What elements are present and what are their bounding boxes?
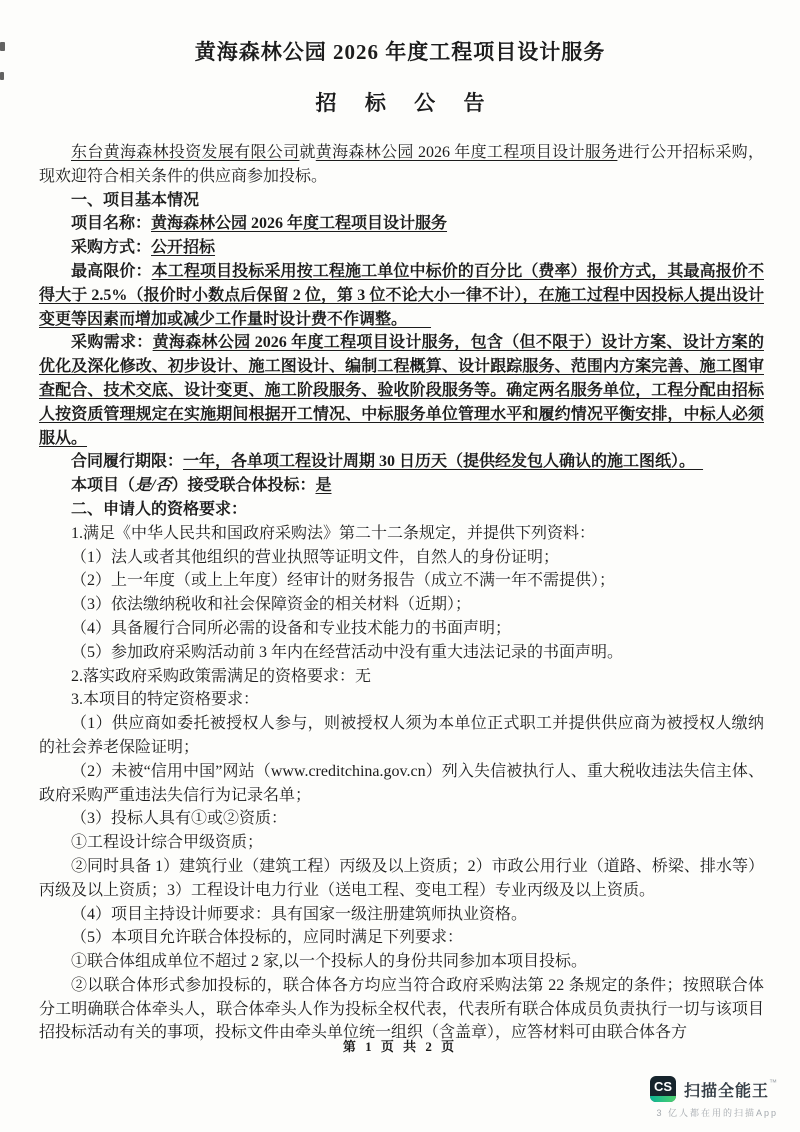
paragraph: 1.满足《中华人民共和国政府采购法》第二十二条规定，并提供下列资料： <box>39 522 764 546</box>
paragraph: （3）依法缴纳税收和社会保障资金的相关材料（近期）； <box>39 593 764 617</box>
paragraph: 本项目（是/否）接受联合体投标：是 <box>39 474 764 498</box>
text-run: 1.满足《中华人民共和国政府采购法》第二十二条规定，并提供下列资料： <box>71 525 595 542</box>
paragraph: （5）参加政府采购活动前 3 年内在经营活动中没有重大违法记录的书面声明。 <box>39 641 764 665</box>
text-run: ①工程设计综合甲级资质； <box>71 834 263 851</box>
paragraph: 最高限价：本工程项目投标采用按工程施工单位中标价的百分比（费率）报价方式，其最高… <box>39 260 764 331</box>
text-run: （5）参加政府采购活动前 3 年内在经营活动中没有重大违法记录的书面声明。 <box>71 644 623 661</box>
text-run: （1）供应商如委托被授权人参与，则被授权人须为本单位正式职工并提供供应商为被授权… <box>39 715 764 756</box>
text-run: 一、项目基本情况 <box>71 192 199 209</box>
paragraph: ②同时具备 1）建筑行业（建筑工程）丙级及以上资质；2）市政公用行业（道路、桥梁… <box>39 855 764 903</box>
text-run: （2）未被“信用中国”网站（www.creditchina.gov.cn）列入失… <box>39 763 764 804</box>
paragraph: （2）上一年度（或上上年度）经审计的财务报告（成立不满一年不需提供）； <box>39 569 764 593</box>
text-run: 黄海森林公园 2026 年度工程项目设计服务 <box>316 144 618 161</box>
text-run: 采购需求： <box>71 334 153 351</box>
watermark-app-name-text: 扫描全能王 <box>684 1083 769 1100</box>
text-run: 一年，各单项工程设计周期 30 日历天（提供经发包人确认的施工图纸）。 <box>183 453 687 470</box>
page-subtitle: 招 标 公 告 <box>0 89 800 117</box>
text-run <box>399 311 431 328</box>
text-run: 最高限价： <box>71 263 152 280</box>
text-run: （3）投标人具有①或②资质： <box>71 810 287 827</box>
camscanner-logo-icon: CS <box>650 1076 676 1102</box>
paragraph: （4）具备履行合同所必需的设备和专业技术能力的书面声明； <box>39 617 764 641</box>
text-run <box>687 453 703 470</box>
text-run: （5）本项目允许联合体投标的，应同时满足下列要求： <box>71 929 463 946</box>
text-run: ②以联合体形式参加投标的，联合体各方均应当符合政府采购法第 22 条规定的条件；… <box>39 977 764 1042</box>
scanned-document-page: 黄海森林公园 2026 年度工程项目设计服务 招 标 公 告 东台黄海森林投资发… <box>0 0 800 1132</box>
paragraph: 项目名称：黄海森林公园 2026 年度工程项目设计服务 <box>39 212 764 236</box>
paragraph: ①联合体组成单位不超过 2 家,以一个投标人的身份共同参加本项目投标。 <box>39 950 764 974</box>
text-run: 本项目（ <box>71 477 135 494</box>
text-run: 采购方式： <box>71 239 151 256</box>
paragraph: （3）投标人具有①或②资质： <box>39 807 764 831</box>
paragraph: 2.落实政府采购政策需满足的资格要求：无 <box>39 665 764 689</box>
paragraph: ②以联合体形式参加投标的，联合体各方均应当符合政府采购法第 22 条规定的条件；… <box>39 974 764 1045</box>
text-run: 是/否 <box>135 477 171 494</box>
text-run: 二、申请人的资格要求： <box>71 501 247 518</box>
page-number: 第 1 页 共 2 页 <box>0 1036 800 1055</box>
camscanner-watermark: CS 扫描全能王™ 3 亿人都在用的扫描App <box>650 1076 778 1119</box>
text-run: ②同时具备 1）建筑行业（建筑工程）丙级及以上资质；2）市政公用行业（道路、桥梁… <box>39 858 764 899</box>
paragraph: 一、项目基本情况 <box>39 189 764 213</box>
text-run: ①联合体组成单位不超过 2 家,以一个投标人的身份共同参加本项目投标。 <box>71 953 587 970</box>
paragraph: 采购方式：公开招标 <box>39 236 764 260</box>
paragraph: 二、申请人的资格要求： <box>39 498 764 522</box>
text-run: 就 <box>299 144 315 161</box>
text-run: 项目名称： <box>71 215 151 232</box>
paragraph: 采购需求：黄海森林公园 2026 年度工程项目设计服务，包含（但不限于）设计方案… <box>39 331 764 450</box>
watermark-tagline: 3 亿人都在用的扫描App <box>656 1106 778 1119</box>
paragraph: （2）未被“信用中国”网站（www.creditchina.gov.cn）列入失… <box>39 760 764 808</box>
paragraph: （5）本项目允许联合体投标的，应同时满足下列要求： <box>39 926 764 950</box>
text-run: 3.本项目的特定资格要求： <box>71 691 259 708</box>
document-body: 东台黄海森林投资发展有限公司就黄海森林公园 2026 年度工程项目设计服务进行公… <box>39 141 764 1045</box>
scan-artifact <box>0 72 4 80</box>
text-run: 合同履行期限： <box>71 453 183 470</box>
trademark-symbol: ™ <box>769 1078 778 1087</box>
text-run: 2.落实政府采购政策需满足的资格要求：无 <box>71 668 371 685</box>
paragraph: 3.本项目的特定资格要求： <box>39 688 764 712</box>
text-run: （2）上一年度（或上上年度）经审计的财务报告（成立不满一年不需提供）； <box>71 572 615 589</box>
paragraph: （1）法人或者其他组织的营业执照等证明文件，自然人的身份证明； <box>39 546 764 570</box>
text-run: （3）依法缴纳税收和社会保障资金的相关材料（近期）； <box>71 596 471 613</box>
text-run: ）接受联合体投标： <box>171 477 315 494</box>
text-run: 东台黄海森林投资发展有限公司 <box>71 144 299 161</box>
scan-artifact <box>0 42 5 51</box>
text-run: 是 <box>315 477 331 494</box>
paragraph: 东台黄海森林投资发展有限公司就黄海森林公园 2026 年度工程项目设计服务进行公… <box>39 141 764 189</box>
paragraph: （4）项目主持设计师要求：具有国家一级注册建筑师执业资格。 <box>39 903 764 927</box>
camscanner-badge-text: CS <box>654 1079 672 1094</box>
text-run: 公开招标 <box>151 239 215 256</box>
text-run: （4）项目主持设计师要求：具有国家一级注册建筑师执业资格。 <box>71 906 527 923</box>
page-title: 黄海森林公园 2026 年度工程项目设计服务 <box>0 38 800 66</box>
text-run: （1）法人或者其他组织的营业执照等证明文件，自然人的身份证明； <box>71 549 559 566</box>
paragraph: （1）供应商如委托被授权人参与，则被授权人须为本单位正式职工并提供供应商为被授权… <box>39 712 764 760</box>
camscanner-logo-strip <box>650 1096 676 1102</box>
paragraph: ①工程设计综合甲级资质； <box>39 831 764 855</box>
text-run: 黄海森林公园 2026 年度工程项目设计服务 <box>151 215 447 232</box>
paragraph: 合同履行期限：一年，各单项工程设计周期 30 日历天（提供经发包人确认的施工图纸… <box>39 450 764 474</box>
text-run: （4）具备履行合同所必需的设备和专业技术能力的书面声明； <box>71 620 511 637</box>
watermark-app-name: 扫描全能王™ <box>684 1078 778 1101</box>
